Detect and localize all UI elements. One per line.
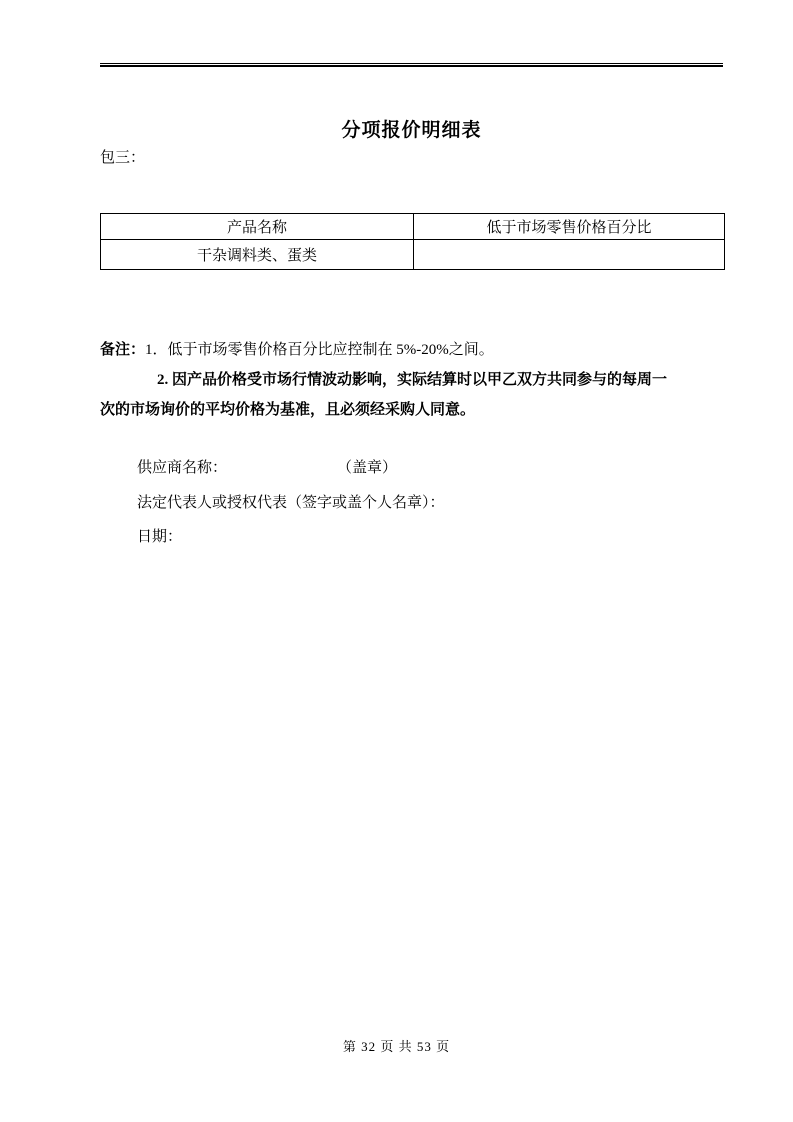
date-label: 日期： bbox=[137, 525, 182, 546]
note-2-line-1: 2. 因产品价格受市场行情波动影响，实际结算时以甲乙双方共同参与的每周一 bbox=[157, 368, 667, 389]
table-row: 干杂调料类、蛋类 bbox=[101, 240, 725, 270]
package-label: 包三： bbox=[100, 146, 145, 167]
note-1-text: 1．低于市场零售价格百分比应控制在 5%-20%之间。 bbox=[145, 342, 494, 358]
percent-cell bbox=[414, 240, 725, 270]
document-page: 分项报价明细表 包三： 产品名称 低于市场零售价格百分比 干杂调料类、蛋类 备注… bbox=[0, 0, 793, 1122]
quotation-table: 产品名称 低于市场零售价格百分比 干杂调料类、蛋类 bbox=[100, 213, 725, 270]
notes-label: 备注： bbox=[100, 342, 145, 358]
page-footer: 第 32 页 共 53 页 bbox=[0, 1036, 793, 1055]
table-header-percent: 低于市场零售价格百分比 bbox=[414, 214, 725, 240]
seal-label: （盖章） bbox=[337, 456, 397, 477]
product-cell: 干杂调料类、蛋类 bbox=[101, 240, 414, 270]
note-2-line-2: 次的市场询价的平均价格为基准，且必须经采购人同意。 bbox=[100, 398, 475, 419]
supplier-line: 供应商名称： （盖章） bbox=[137, 456, 227, 477]
table-header-product: 产品名称 bbox=[101, 214, 414, 240]
supplier-name-label: 供应商名称： bbox=[137, 460, 227, 476]
note-1: 备注：1．低于市场零售价格百分比应控制在 5%-20%之间。 bbox=[100, 338, 494, 359]
document-content: 分项报价明细表 包三： 产品名称 低于市场零售价格百分比 干杂调料类、蛋类 备注… bbox=[100, 0, 723, 1122]
page-title: 分项报价明细表 bbox=[100, 115, 723, 142]
representative-label: 法定代表人或授权代表（签字或盖个人名章）： bbox=[137, 491, 445, 512]
table-header-row: 产品名称 低于市场零售价格百分比 bbox=[101, 214, 725, 240]
